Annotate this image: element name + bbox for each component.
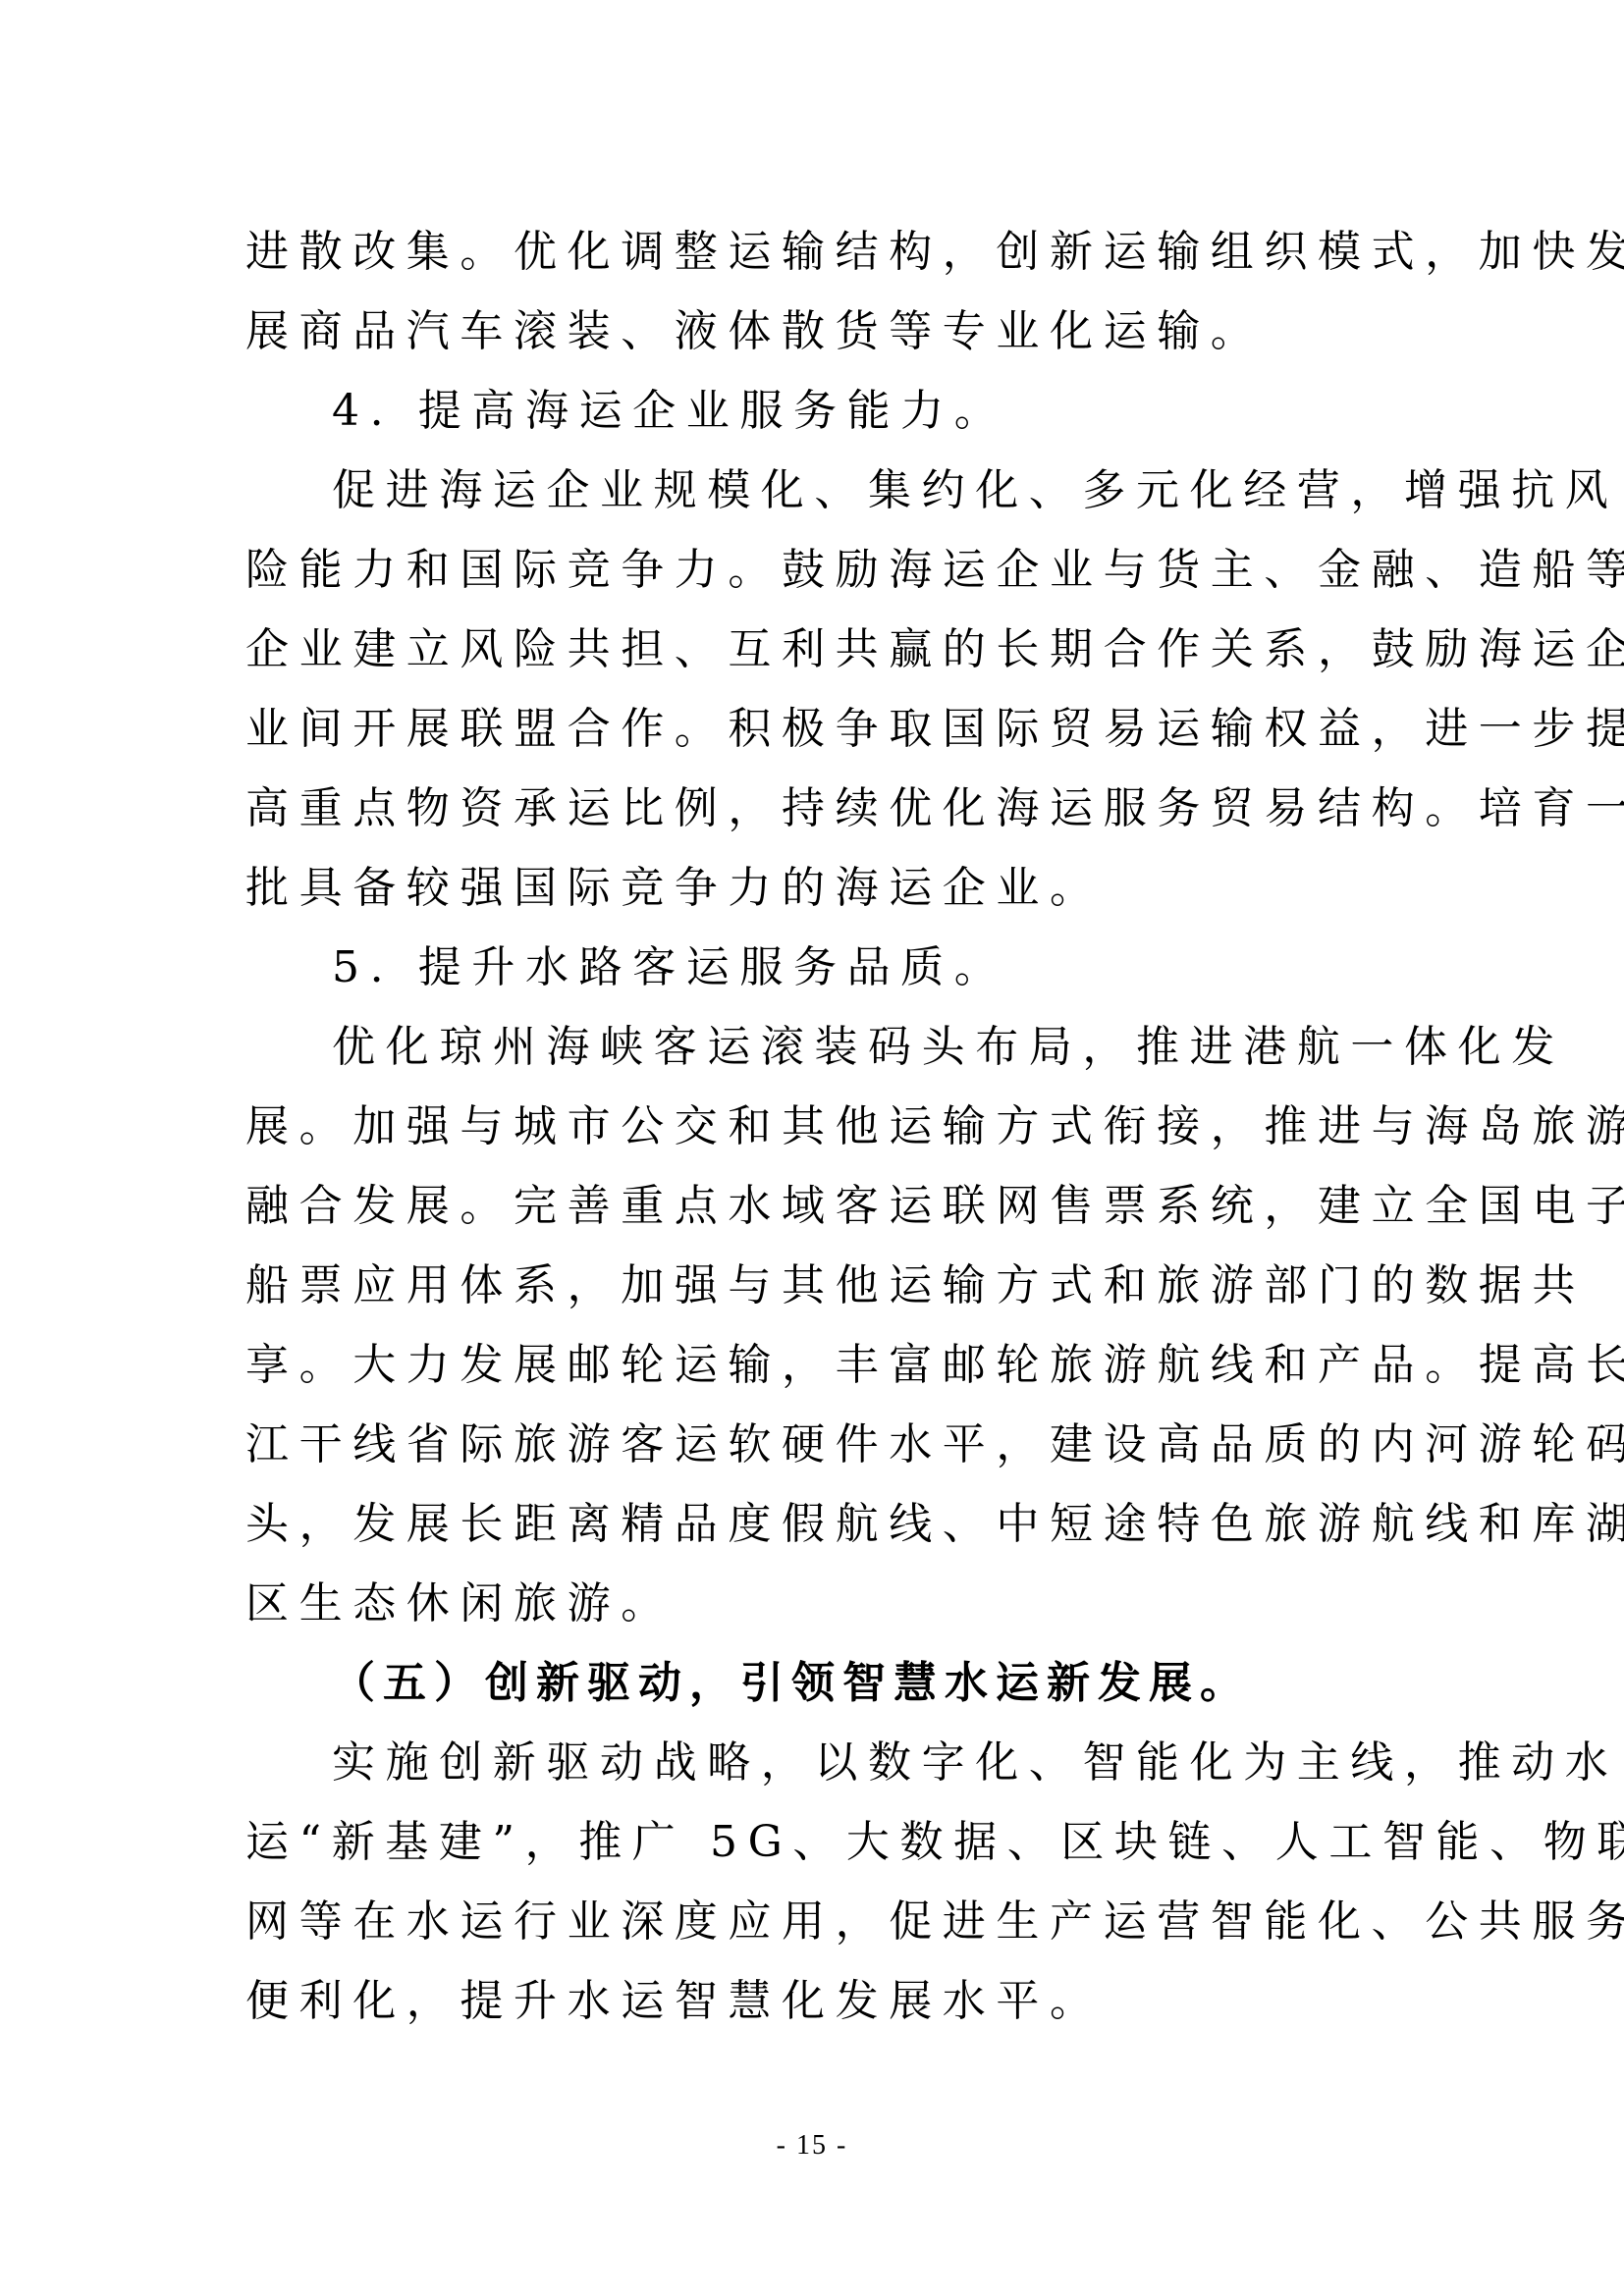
section-heading-5: （五）创新驱动，引领智慧水运新发展。 xyxy=(245,1643,1384,1723)
body-line: 江干线省际旅游客运软硬件水平，建设高品质的内河游轮码 xyxy=(245,1405,1384,1484)
body-line: 运“新基建”，推广 5G、大数据、区块链、人工智能、物联 xyxy=(245,1802,1384,1882)
subheading-5: 5. 提升水路客运服务品质。 xyxy=(245,928,1384,1007)
document-page: 进散改集。优化调整运输结构，创新运输组织模式，加快发 展商品汽车滚装、液体散货等… xyxy=(0,0,1624,2296)
body-line: 融合发展。完善重点水域客运联网售票系统，建立全国电子 xyxy=(245,1166,1384,1246)
body-line: 船票应用体系，加强与其他运输方式和旅游部门的数据共 xyxy=(245,1246,1384,1325)
body-line: 企业建立风险共担、互利共赢的长期合作关系，鼓励海运企 xyxy=(245,610,1384,689)
body-line: 高重点物资承运比例，持续优化海运服务贸易结构。培育一 xyxy=(245,769,1384,848)
body-line: 批具备较强国际竞争力的海运企业。 xyxy=(245,848,1384,928)
body-line: 展商品汽车滚装、液体散货等专业化运输。 xyxy=(245,292,1384,371)
paragraph-line: 促进海运企业规模化、集约化、多元化经营，增强抗风 xyxy=(245,451,1384,530)
paragraph-line: 优化琼州海峡客运滚装码头布局，推进港航一体化发 xyxy=(245,1007,1384,1087)
body-line: 进散改集。优化调整运输结构，创新运输组织模式，加快发 xyxy=(245,212,1384,292)
body-line: 业间开展联盟合作。积极争取国际贸易运输权益，进一步提 xyxy=(245,689,1384,769)
paragraph-line: 实施创新驱动战略，以数字化、智能化为主线，推动水 xyxy=(245,1723,1384,1802)
body-line: 便利化，提升水运智慧化发展水平。 xyxy=(245,1961,1384,2041)
document-body: 进散改集。优化调整运输结构，创新运输组织模式，加快发 展商品汽车滚装、液体散货等… xyxy=(245,212,1384,2041)
body-line: 展。加强与城市公交和其他运输方式衔接，推进与海岛旅游 xyxy=(245,1087,1384,1166)
body-line: 险能力和国际竞争力。鼓励海运企业与货主、金融、造船等 xyxy=(245,530,1384,610)
body-line: 享。大力发展邮轮运输，丰富邮轮旅游航线和产品。提高长 xyxy=(245,1325,1384,1405)
body-line: 头，发展长距离精品度假航线、中短途特色旅游航线和库湖 xyxy=(245,1484,1384,1564)
page-number: - 15 - xyxy=(0,2130,1624,2162)
body-line: 网等在水运行业深度应用，促进生产运营智能化、公共服务 xyxy=(245,1882,1384,1961)
body-line: 区生态休闲旅游。 xyxy=(245,1564,1384,1643)
subheading-4: 4. 提高海运企业服务能力。 xyxy=(245,371,1384,451)
